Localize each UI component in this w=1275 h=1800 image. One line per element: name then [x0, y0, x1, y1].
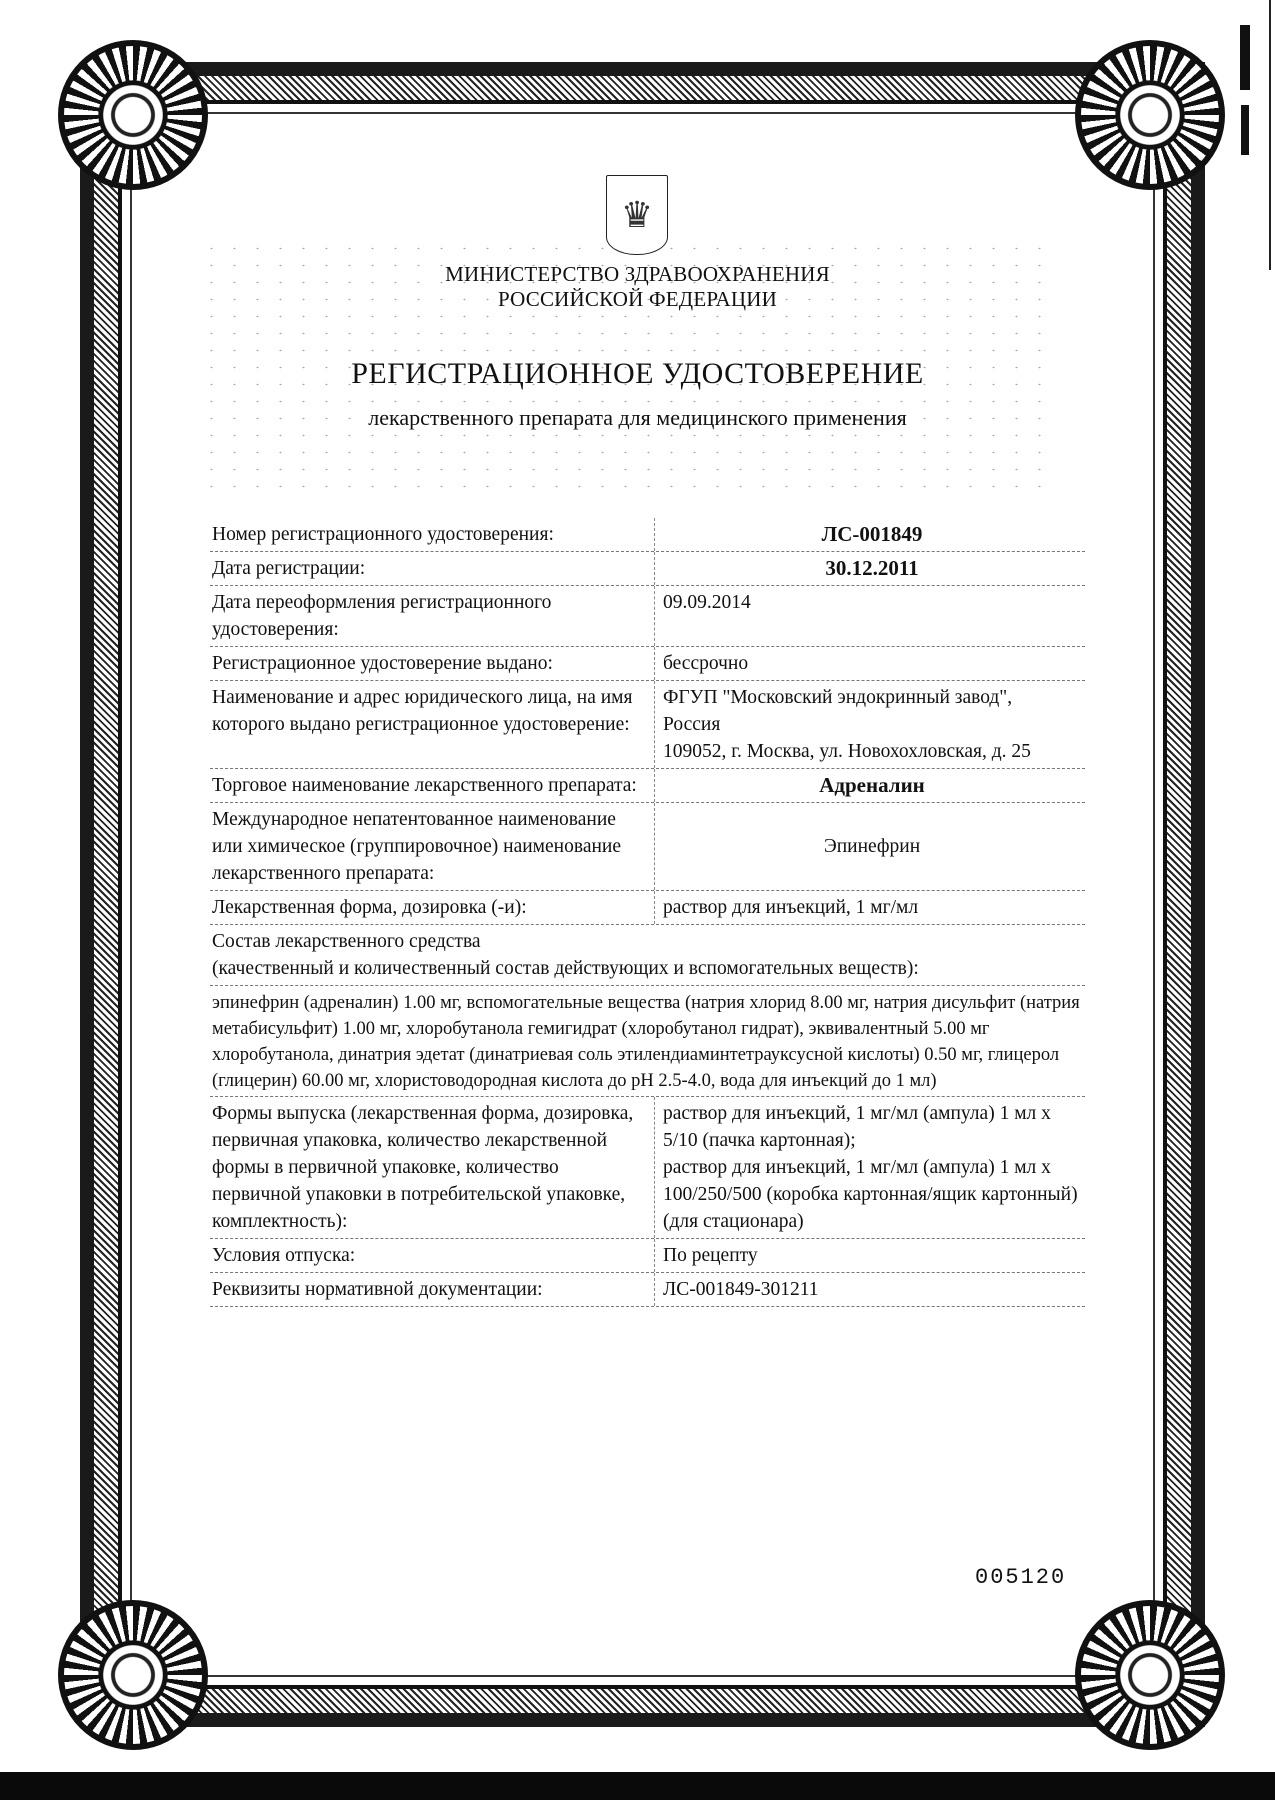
composition-label-line1: Состав лекарственного средства [212, 928, 1083, 955]
corner-rosette-icon [58, 1600, 208, 1750]
certificate-fields-table: Номер регистрационного удостоверения: ЛС… [210, 518, 1085, 1307]
field-label: Международное непатентованное наименован… [210, 803, 655, 890]
composition-value: эпинефрин (адреналин) 1.00 мг, вспомогат… [210, 986, 1085, 1096]
field-row-issued: Регистрационное удостоверение выдано: бе… [210, 647, 1085, 681]
holder-name: ФГУП "Московский эндокринный завод", [663, 684, 1081, 711]
field-label: Условия отпуска: [210, 1239, 655, 1272]
composition-label: Состав лекарственного средства (качестве… [210, 925, 1085, 985]
field-row-trade-name: Торговое наименование лекарственного пре… [210, 769, 1085, 803]
corner-rosette-icon [58, 40, 208, 190]
release-form-2: раствор для инъекций, 1 мг/мл (ампула) 1… [663, 1154, 1081, 1235]
document-subtitle: лекарственного препарата для медицинског… [0, 405, 1275, 431]
release-form-1: раствор для инъекций, 1 мг/мл (ампула) 1… [663, 1100, 1081, 1154]
scan-artifact [1241, 105, 1249, 155]
holder-address: 109052, г. Москва, ул. Новохохловская, д… [663, 738, 1081, 765]
holder-value: ФГУП "Московский эндокринный завод", Рос… [655, 681, 1085, 768]
reg-date-value: 30.12.2011 [655, 552, 1085, 585]
scan-edge-line [1269, 0, 1271, 270]
ministry-name-line2: РОССИЙСКОЙ ФЕДЕРАЦИИ [0, 287, 1275, 312]
scan-bottom-edge [0, 1772, 1275, 1800]
field-label: Формы выпуска (лекарственная форма, дози… [210, 1097, 655, 1238]
field-label: Регистрационное удостоверение выдано: [210, 647, 655, 680]
field-label: Номер регистрационного удостоверения: [210, 518, 655, 551]
trade-name-value: Адреналин [655, 769, 1085, 802]
field-row-reg-number: Номер регистрационного удостоверения: ЛС… [210, 518, 1085, 552]
coat-of-arms-icon: ♛ [606, 175, 668, 255]
reissue-date-value: 09.09.2014 [655, 586, 1085, 646]
ministry-name-line1: МИНИСТЕРСТВО ЗДРАВООХРАНЕНИЯ [0, 262, 1275, 287]
dispensing-value: По рецепту [655, 1239, 1085, 1272]
scan-artifact [1240, 25, 1250, 90]
serial-number: 005120 [975, 1565, 1066, 1590]
inn-value: Эпинефрин [655, 803, 1085, 890]
corner-rosette-icon [1075, 1600, 1225, 1750]
normative-doc-value: ЛС-001849-301211 [655, 1273, 1085, 1306]
reg-number-value: ЛС-001849 [655, 518, 1085, 551]
dosage-form-value: раствор для инъекций, 1 мг/мл [655, 891, 1085, 924]
field-row-composition-label: Состав лекарственного средства (качестве… [210, 925, 1085, 986]
field-row-reissue-date: Дата переоформления регистрационного удо… [210, 586, 1085, 647]
field-label: Реквизиты нормативной документации: [210, 1273, 655, 1306]
document-title: РЕГИСТРАЦИОННОЕ УДОСТОВЕРЕНИЕ [0, 357, 1275, 391]
field-row-inn: Международное непатентованное наименован… [210, 803, 1085, 891]
corner-rosette-icon [1075, 40, 1225, 190]
field-row-release-forms: Формы выпуска (лекарственная форма, дози… [210, 1097, 1085, 1239]
holder-country: Россия [663, 711, 1081, 738]
composition-label-line2: (качественный и количественный состав де… [212, 955, 1083, 982]
field-row-composition-value: эпинефрин (адреналин) 1.00 мг, вспомогат… [210, 986, 1085, 1097]
issued-value: бессрочно [655, 647, 1085, 680]
field-row-holder: Наименование и адрес юридического лица, … [210, 681, 1085, 769]
field-row-dispensing: Условия отпуска: По рецепту [210, 1239, 1085, 1273]
field-row-normative-doc: Реквизиты нормативной документации: ЛС-0… [210, 1273, 1085, 1307]
field-label: Торговое наименование лекарственного пре… [210, 769, 655, 802]
field-row-dosage-form: Лекарственная форма, дозировка (-и): рас… [210, 891, 1085, 925]
field-row-reg-date: Дата регистрации: 30.12.2011 [210, 552, 1085, 586]
release-forms-value: раствор для инъекций, 1 мг/мл (ампула) 1… [655, 1097, 1085, 1238]
field-label: Дата регистрации: [210, 552, 655, 585]
field-label: Наименование и адрес юридического лица, … [210, 681, 655, 768]
field-label: Дата переоформления регистрационного удо… [210, 586, 655, 646]
field-label: Лекарственная форма, дозировка (-и): [210, 891, 655, 924]
